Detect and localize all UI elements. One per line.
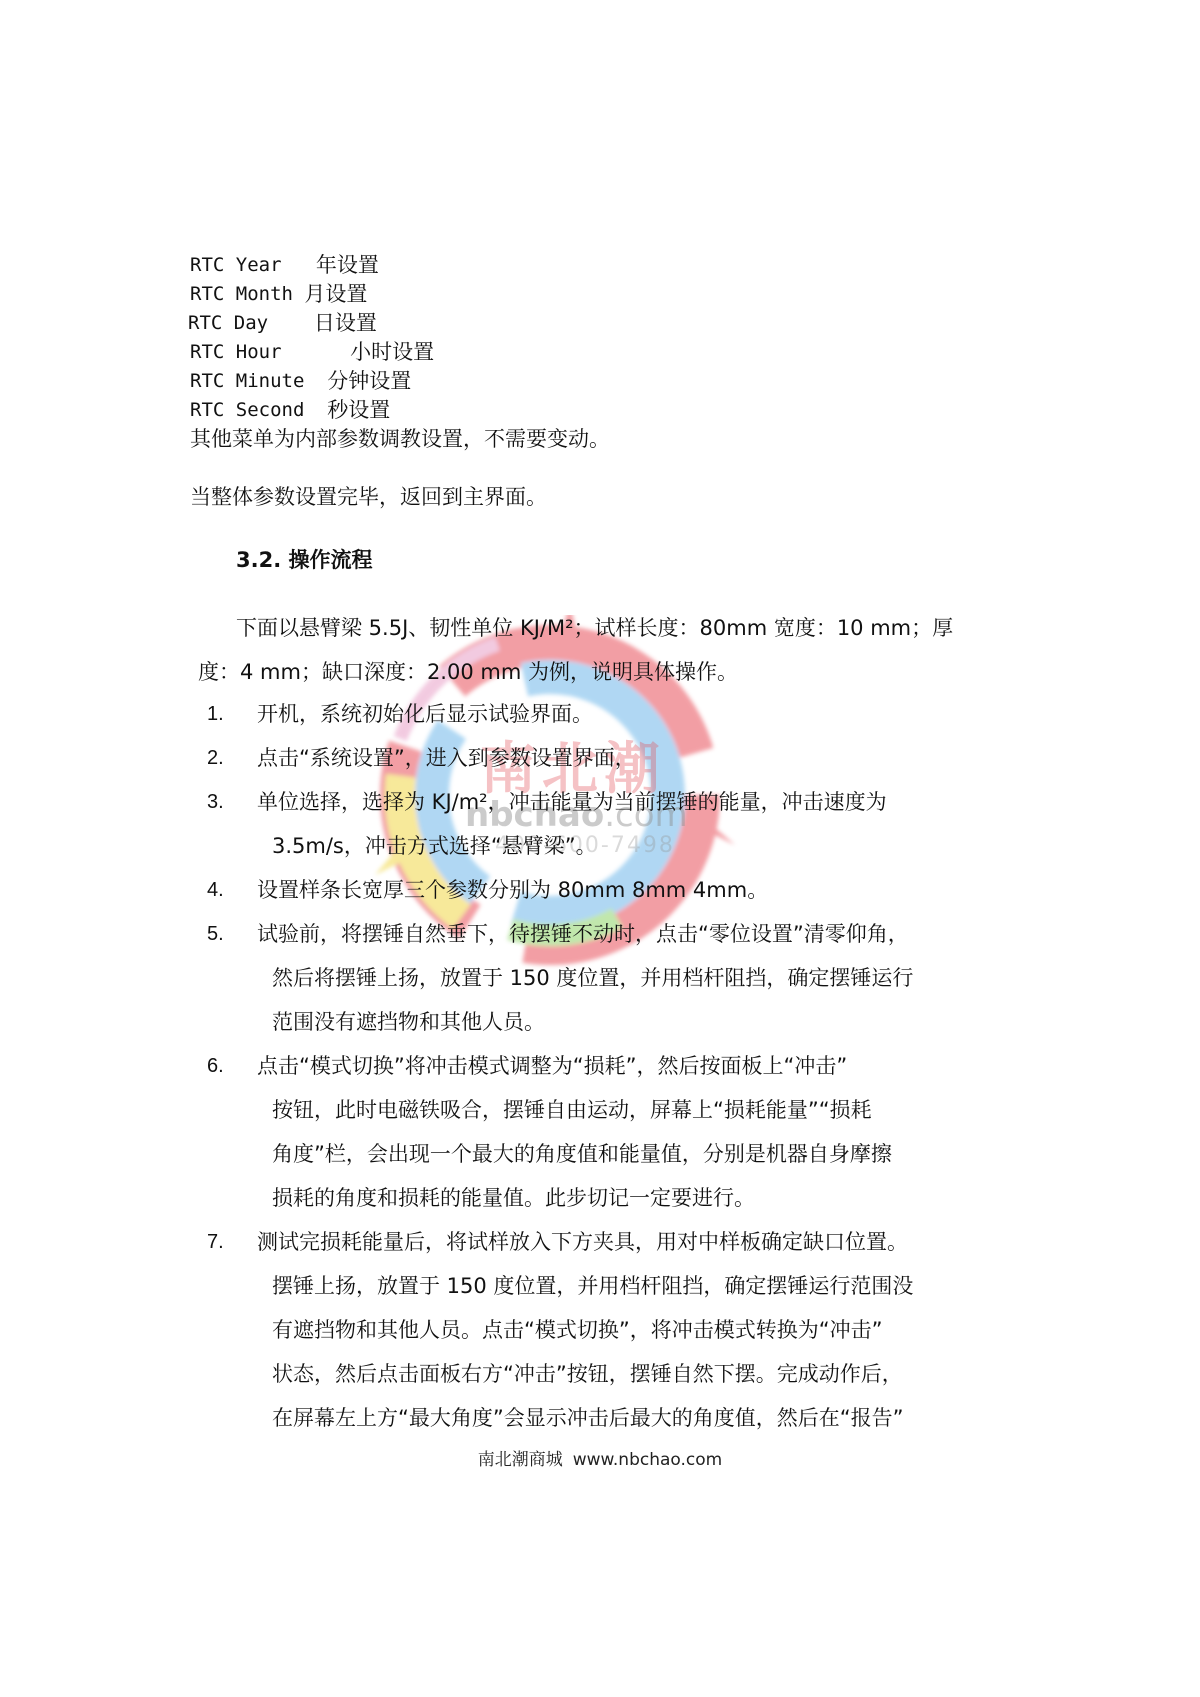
section-title: 操作流程 [289, 548, 373, 572]
rtc-row-day: RTC Day 日设置 [188, 309, 434, 338]
step-text: 然后将摆锤上扬，放置于 150 度位置，并用档杆阻挡，确定摆锤运行 [207, 956, 967, 1000]
rtc-pad [304, 396, 327, 425]
rtc-pad [304, 367, 327, 396]
step-number: 2. [207, 736, 247, 780]
step-number: 4. [207, 868, 247, 912]
document-page: 南北潮 nbchao.com 400-600-7498 RTC Year 年设置… [0, 0, 1200, 1697]
step-number: 5. [207, 912, 247, 956]
intro-line-1: 下面以悬臂梁 5.5J、韧性单位 KJ/M²；试样长度：80mm 宽度：10 m… [198, 606, 958, 650]
step-item-7: 7. 测试完损耗能量后，将试样放入下方夹具，用对中样板确定缺口位置。 摆锤上扬，… [207, 1220, 967, 1440]
rtc-label: 日设置 [314, 309, 377, 338]
rtc-row-second: RTC Second 秒设置 [190, 396, 434, 425]
rtc-key: RTC Second [190, 396, 304, 425]
step-text: 范围没有遮挡物和其他人员。 [207, 1000, 967, 1044]
step-number: 3. [207, 780, 247, 824]
rtc-label: 秒设置 [327, 396, 390, 425]
step-text: 摆锤上扬，放置于 150 度位置，并用档杆阻挡，确定摆锤运行范围没 [207, 1264, 967, 1308]
rtc-pad [282, 251, 316, 280]
step-text: 损耗的角度和损耗的能量值。此步切记一定要进行。 [207, 1176, 967, 1220]
step-text: 开机，系统初始化后显示试验界面。 [207, 692, 967, 736]
step-text: 点击“系统设置”，进入到参数设置界面， [207, 736, 967, 780]
step-text: 状态，然后点击面板右方“冲击”按钮，摆锤自然下摆。完成动作后， [207, 1352, 967, 1396]
step-number: 7. [207, 1220, 247, 1264]
step-text: 单位选择，选择为 KJ/m²，冲击能量为当前摆锤的能量，冲击速度为 [207, 780, 967, 824]
rtc-row-minute: RTC Minute 分钟设置 [190, 367, 434, 396]
step-text: 在屏幕左上方“最大角度”会显示冲击后最大的角度值，然后在“报告” [207, 1396, 967, 1440]
step-text: 按钮，此时电磁铁吸合，摆锤自由运动，屏幕上“损耗能量”“损耗 [207, 1088, 967, 1132]
rtc-key: RTC Year [190, 251, 282, 280]
step-number: 6. [207, 1044, 247, 1088]
step-text: 测试完损耗能量后，将试样放入下方夹具，用对中样板确定缺口位置。 [207, 1220, 967, 1264]
step-text: 3.5m/s，冲击方式选择“悬臂梁”。 [207, 824, 967, 868]
rtc-key: RTC Day [188, 309, 268, 338]
intro-paragraph: 下面以悬臂梁 5.5J、韧性单位 KJ/M²；试样长度：80mm 宽度：10 m… [198, 606, 958, 694]
rtc-row-year: RTC Year 年设置 [190, 251, 434, 280]
page-footer: 南北潮商城www.nbchao.com [0, 1447, 1200, 1473]
section-heading: 3.2. 操作流程 [236, 546, 373, 575]
intro-line-2: 度：4 mm；缺口深度：2.00 mm 为例，说明具体操作。 [198, 650, 958, 694]
rtc-row-hour: RTC Hour 小时设置 [190, 338, 434, 367]
step-text: 角度”栏，会出现一个最大的角度值和能量值，分别是机器自身摩擦 [207, 1132, 967, 1176]
other-menus-note: 其他菜单为内部参数调教设置，不需要变动。 [190, 425, 610, 454]
rtc-pad [282, 338, 351, 367]
rtc-settings-list: RTC Year 年设置 RTC Month 月设置 RTC Day 日设置 R… [190, 251, 434, 425]
section-number: 3.2. [236, 548, 281, 572]
operation-steps-list: 1. 开机，系统初始化后显示试验界面。 2. 点击“系统设置”，进入到参数设置界… [207, 692, 967, 1440]
footer-brand: 南北潮商城 [478, 1450, 563, 1470]
rtc-pad [268, 309, 314, 338]
rtc-key: RTC Minute [190, 367, 304, 396]
step-text: 设置样条长宽厚三个参数分别为 80mm 8mm 4mm。 [207, 868, 967, 912]
rtc-label: 分钟设置 [327, 367, 411, 396]
return-note: 当整体参数设置完毕，返回到主界面。 [190, 483, 547, 512]
step-item-4: 4. 设置样条长宽厚三个参数分别为 80mm 8mm 4mm。 [207, 868, 967, 912]
rtc-label: 小时设置 [350, 338, 434, 367]
step-item-2: 2. 点击“系统设置”，进入到参数设置界面， [207, 736, 967, 780]
step-text: 点击“模式切换”将冲击模式调整为“损耗”，然后按面板上“冲击” [207, 1044, 967, 1088]
rtc-row-month: RTC Month 月设置 [190, 280, 434, 309]
step-text: 有遮挡物和其他人员。点击“模式切换”，将冲击模式转换为“冲击” [207, 1308, 967, 1352]
rtc-label: 年设置 [316, 251, 379, 280]
rtc-key: RTC Month [190, 280, 293, 309]
footer-url-link[interactable]: www.nbchao.com [573, 1450, 722, 1470]
step-item-5: 5. 试验前，将摆锤自然垂下，待摆锤不动时，点击“零位设置”清零仰角， 然后将摆… [207, 912, 967, 1044]
step-item-1: 1. 开机，系统初始化后显示试验界面。 [207, 692, 967, 736]
step-item-6: 6. 点击“模式切换”将冲击模式调整为“损耗”，然后按面板上“冲击” 按钮，此时… [207, 1044, 967, 1220]
rtc-pad [293, 280, 304, 309]
step-text: 试验前，将摆锤自然垂下，待摆锤不动时，点击“零位设置”清零仰角， [207, 912, 967, 956]
step-item-3: 3. 单位选择，选择为 KJ/m²，冲击能量为当前摆锤的能量，冲击速度为 3.5… [207, 780, 967, 868]
rtc-label: 月设置 [304, 280, 367, 309]
step-number: 1. [207, 692, 247, 736]
rtc-key: RTC Hour [190, 338, 282, 367]
